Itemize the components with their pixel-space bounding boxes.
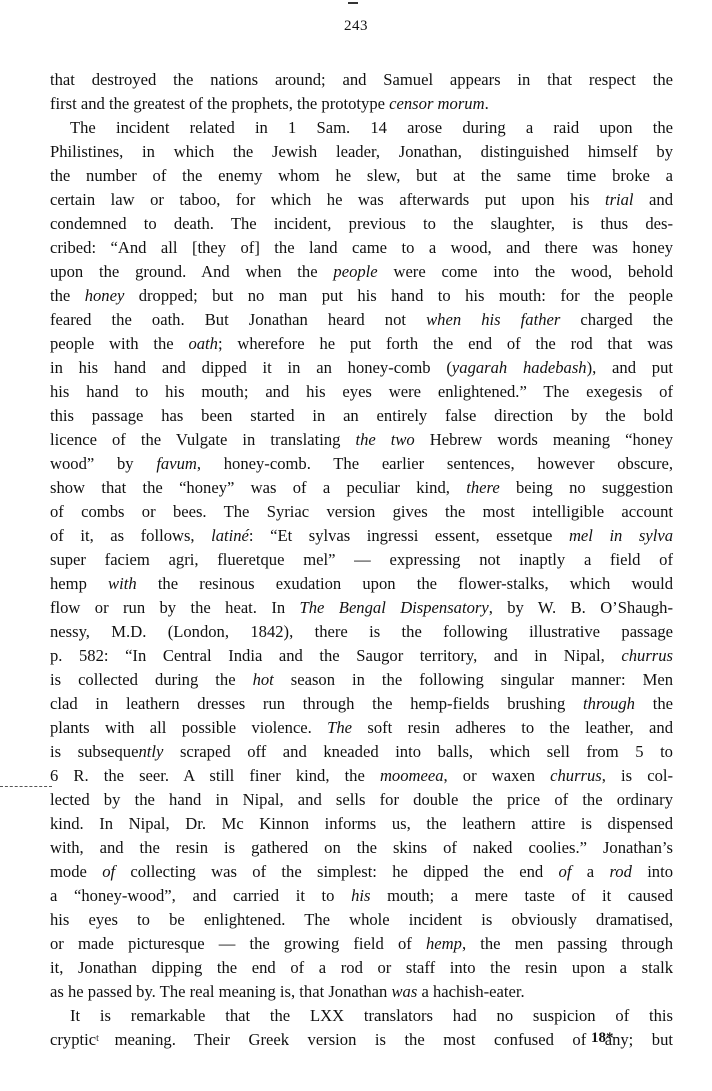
italic-text: latiné — [211, 526, 249, 545]
footer-mark: t — [96, 1032, 99, 1044]
text-line: his hand to his mouth; and his eyes were… — [50, 380, 673, 404]
text-line: or made picturesque — the growing field … — [50, 932, 673, 956]
text-run: as he passed by. The real meaning is, th… — [50, 982, 391, 1001]
italic-text: oath — [188, 334, 218, 353]
text-run: , by W. B. O’Shaugh- — [489, 598, 673, 617]
italic-text: The — [327, 718, 352, 737]
text-line: lected by the hand in Nipal, and sells f… — [50, 788, 673, 812]
italic-text: people — [333, 262, 377, 281]
italic-text: churrus — [550, 766, 602, 785]
text-run: a — [571, 862, 609, 881]
scan-artifact — [348, 0, 362, 4]
italic-text: his — [351, 886, 370, 905]
text-run: is collected during the — [50, 670, 253, 689]
text-run: people with the — [50, 334, 188, 353]
text-run: wood” by — [50, 454, 156, 473]
text-run: collecting was of the simplest: he dippe… — [115, 862, 558, 881]
italic-text: with — [108, 574, 137, 593]
text-line: this passage has been started in an enti… — [50, 404, 673, 428]
text-run: ), and put — [587, 358, 673, 377]
text-run: upon the ground. And when the — [50, 262, 333, 281]
text-line: upon the ground. And when the people wer… — [50, 260, 673, 284]
text-line: kind. In Nipal, Dr. Mc Kinnon informs us… — [50, 812, 673, 836]
text-run: first and the greatest of the prophets, … — [50, 94, 389, 113]
text-run: p. 582: “In Central India and the Saugor… — [50, 646, 621, 665]
text-run: a “honey-wood”, and carried it to — [50, 886, 351, 905]
text-run: mouth; a mere taste of it caused — [370, 886, 673, 905]
text-run: ; wherefore he put forth the end of the … — [218, 334, 673, 353]
text-line: It is remarkable that the LXX translator… — [50, 1004, 673, 1028]
text-line: is subsequently scraped off and kneaded … — [50, 740, 673, 764]
text-line: is collected during the hot season in th… — [50, 668, 673, 692]
text-line: in his hand and dipped it in an honey-co… — [50, 356, 673, 380]
italic-text: churrus — [621, 646, 673, 665]
italic-text: the two — [355, 430, 414, 449]
text-line: flow or run by the heat. In The Bengal D… — [50, 596, 673, 620]
text-line: with, and the resin is gathered on the s… — [50, 836, 673, 860]
text-line: plants with all possible violence. The s… — [50, 716, 673, 740]
italic-text: yagarah hadebash — [452, 358, 587, 377]
italic-text: moomeea — [380, 766, 444, 785]
text-run: is subseque — [50, 742, 138, 761]
text-line: cryptic meaning. Their Greek version is … — [50, 1028, 673, 1052]
text-line: of it, as follows, latiné: “Et sylvas in… — [50, 524, 673, 548]
italic-text: hemp — [426, 934, 462, 953]
italic-text: censor morum — [389, 94, 484, 113]
text-line: the number of the enemy whom he slew, bu… — [50, 164, 673, 188]
text-line: people with the oath; wherefore he put f… — [50, 332, 673, 356]
text-run: into — [632, 862, 673, 881]
italic-text: ntly — [138, 742, 163, 761]
text-run: the — [50, 286, 85, 305]
text-line: the honey dropped; but no man put his ha… — [50, 284, 673, 308]
italic-text: mel in sylva — [569, 526, 673, 545]
text-run: , honey-comb. The earlier sentences, how… — [197, 454, 673, 473]
text-run: Hebrew words meaning “honey — [415, 430, 673, 449]
text-line: p. 582: “In Central India and the Saugor… — [50, 644, 673, 668]
italic-text: trial — [605, 190, 634, 209]
text-line: wood” by favum, honey-comb. The earlier … — [50, 452, 673, 476]
text-line: hemp with the resinous exudation upon th… — [50, 572, 673, 596]
text-run: and — [634, 190, 673, 209]
text-run: hemp — [50, 574, 108, 593]
text-run: show that the “honey” was of a peculiar … — [50, 478, 466, 497]
italic-text: through — [583, 694, 635, 713]
italic-text: honey — [85, 286, 125, 305]
text-run: clad in leathern dresses run through the… — [50, 694, 583, 713]
text-line: as he passed by. The real meaning is, th… — [50, 980, 673, 1004]
italic-text: of — [102, 862, 115, 881]
text-run: in his hand and dipped it in an honey-co… — [50, 358, 452, 377]
text-line: super faciem agri, flueretque mel” — exp… — [50, 548, 673, 572]
text-run: soft resin adheres to the leather, and — [352, 718, 673, 737]
text-line: cribed: “And all [they of] the land came… — [50, 236, 673, 260]
text-run: certain law or taboo, for which he was a… — [50, 190, 605, 209]
text-line: licence of the Vulgate in translating th… — [50, 428, 673, 452]
text-line: feared the oath. But Jonathan heard not … — [50, 308, 673, 332]
text-run: feared the oath. But Jonathan heard not — [50, 310, 426, 329]
italic-text: there — [466, 478, 499, 497]
text-run: the — [635, 694, 673, 713]
text-line: Philistines, in which the Jewish leader,… — [50, 140, 673, 164]
text-line: condemned to death. The incident, previo… — [50, 212, 673, 236]
page-number: 243 — [0, 18, 712, 35]
text-run: , or waxen — [444, 766, 551, 785]
text-line: first and the greatest of the prophets, … — [50, 92, 673, 116]
text-line: The incident related in 1 Sam. 14 arose … — [50, 116, 673, 140]
italic-text: was — [391, 982, 417, 1001]
text-run: plants with all possible violence. — [50, 718, 327, 737]
text-run: the resinous exudation upon the flower-s… — [137, 574, 673, 593]
text-line: mode of collecting was of the simplest: … — [50, 860, 673, 884]
text-line: nessy, M.D. (London, 1842), there is the… — [50, 620, 673, 644]
text-run: , the men passing through — [462, 934, 673, 953]
text-run: charged the — [560, 310, 673, 329]
text-run: , is col- — [602, 766, 673, 785]
text-run: flow or run by the heat. In — [50, 598, 300, 617]
text-run: were come into the wood, behold — [378, 262, 673, 281]
text-run: or made picturesque — the growing field … — [50, 934, 426, 953]
italic-text: hot — [253, 670, 274, 689]
text-run: : “Et sylvas ingressi essent, essetque — [249, 526, 569, 545]
italic-text: of — [559, 862, 572, 881]
text-run: . — [485, 94, 489, 113]
text-run: being no suggestion — [500, 478, 673, 497]
text-line: clad in leathern dresses run through the… — [50, 692, 673, 716]
margin-rule-artifact — [0, 786, 52, 787]
text-line: certain law or taboo, for which he was a… — [50, 188, 673, 212]
text-run: licence of the Vulgate in translating — [50, 430, 355, 449]
text-run: 6 R. the seer. A still finer kind, the — [50, 766, 380, 785]
text-line: his eyes to be enlightened. The whole in… — [50, 908, 673, 932]
text-line: 6 R. the seer. A still finer kind, the m… — [50, 764, 673, 788]
italic-text: The Bengal Dispensatory — [300, 598, 489, 617]
signature-mark: 18* — [591, 1030, 614, 1047]
italic-text: when his father — [426, 310, 560, 329]
text-run: season in the following singular manner:… — [274, 670, 673, 689]
text-line: a “honey-wood”, and carried it to his mo… — [50, 884, 673, 908]
body-text: that destroyed the nations around; and S… — [50, 68, 673, 1052]
text-line: that destroyed the nations around; and S… — [50, 68, 673, 92]
italic-text: rod — [609, 862, 631, 881]
text-run: dropped; but no man put his hand to his … — [124, 286, 673, 305]
text-line: show that the “honey” was of a peculiar … — [50, 476, 673, 500]
text-run: of it, as follows, — [50, 526, 211, 545]
text-line: of combs or bees. The Syriac version giv… — [50, 500, 673, 524]
text-line: it, Jonathan dipping the end of a rod or… — [50, 956, 673, 980]
italic-text: favum — [156, 454, 197, 473]
text-run: a hachish-eater. — [417, 982, 524, 1001]
text-run: scraped off and kneaded into balls, whic… — [163, 742, 673, 761]
text-run: mode — [50, 862, 102, 881]
